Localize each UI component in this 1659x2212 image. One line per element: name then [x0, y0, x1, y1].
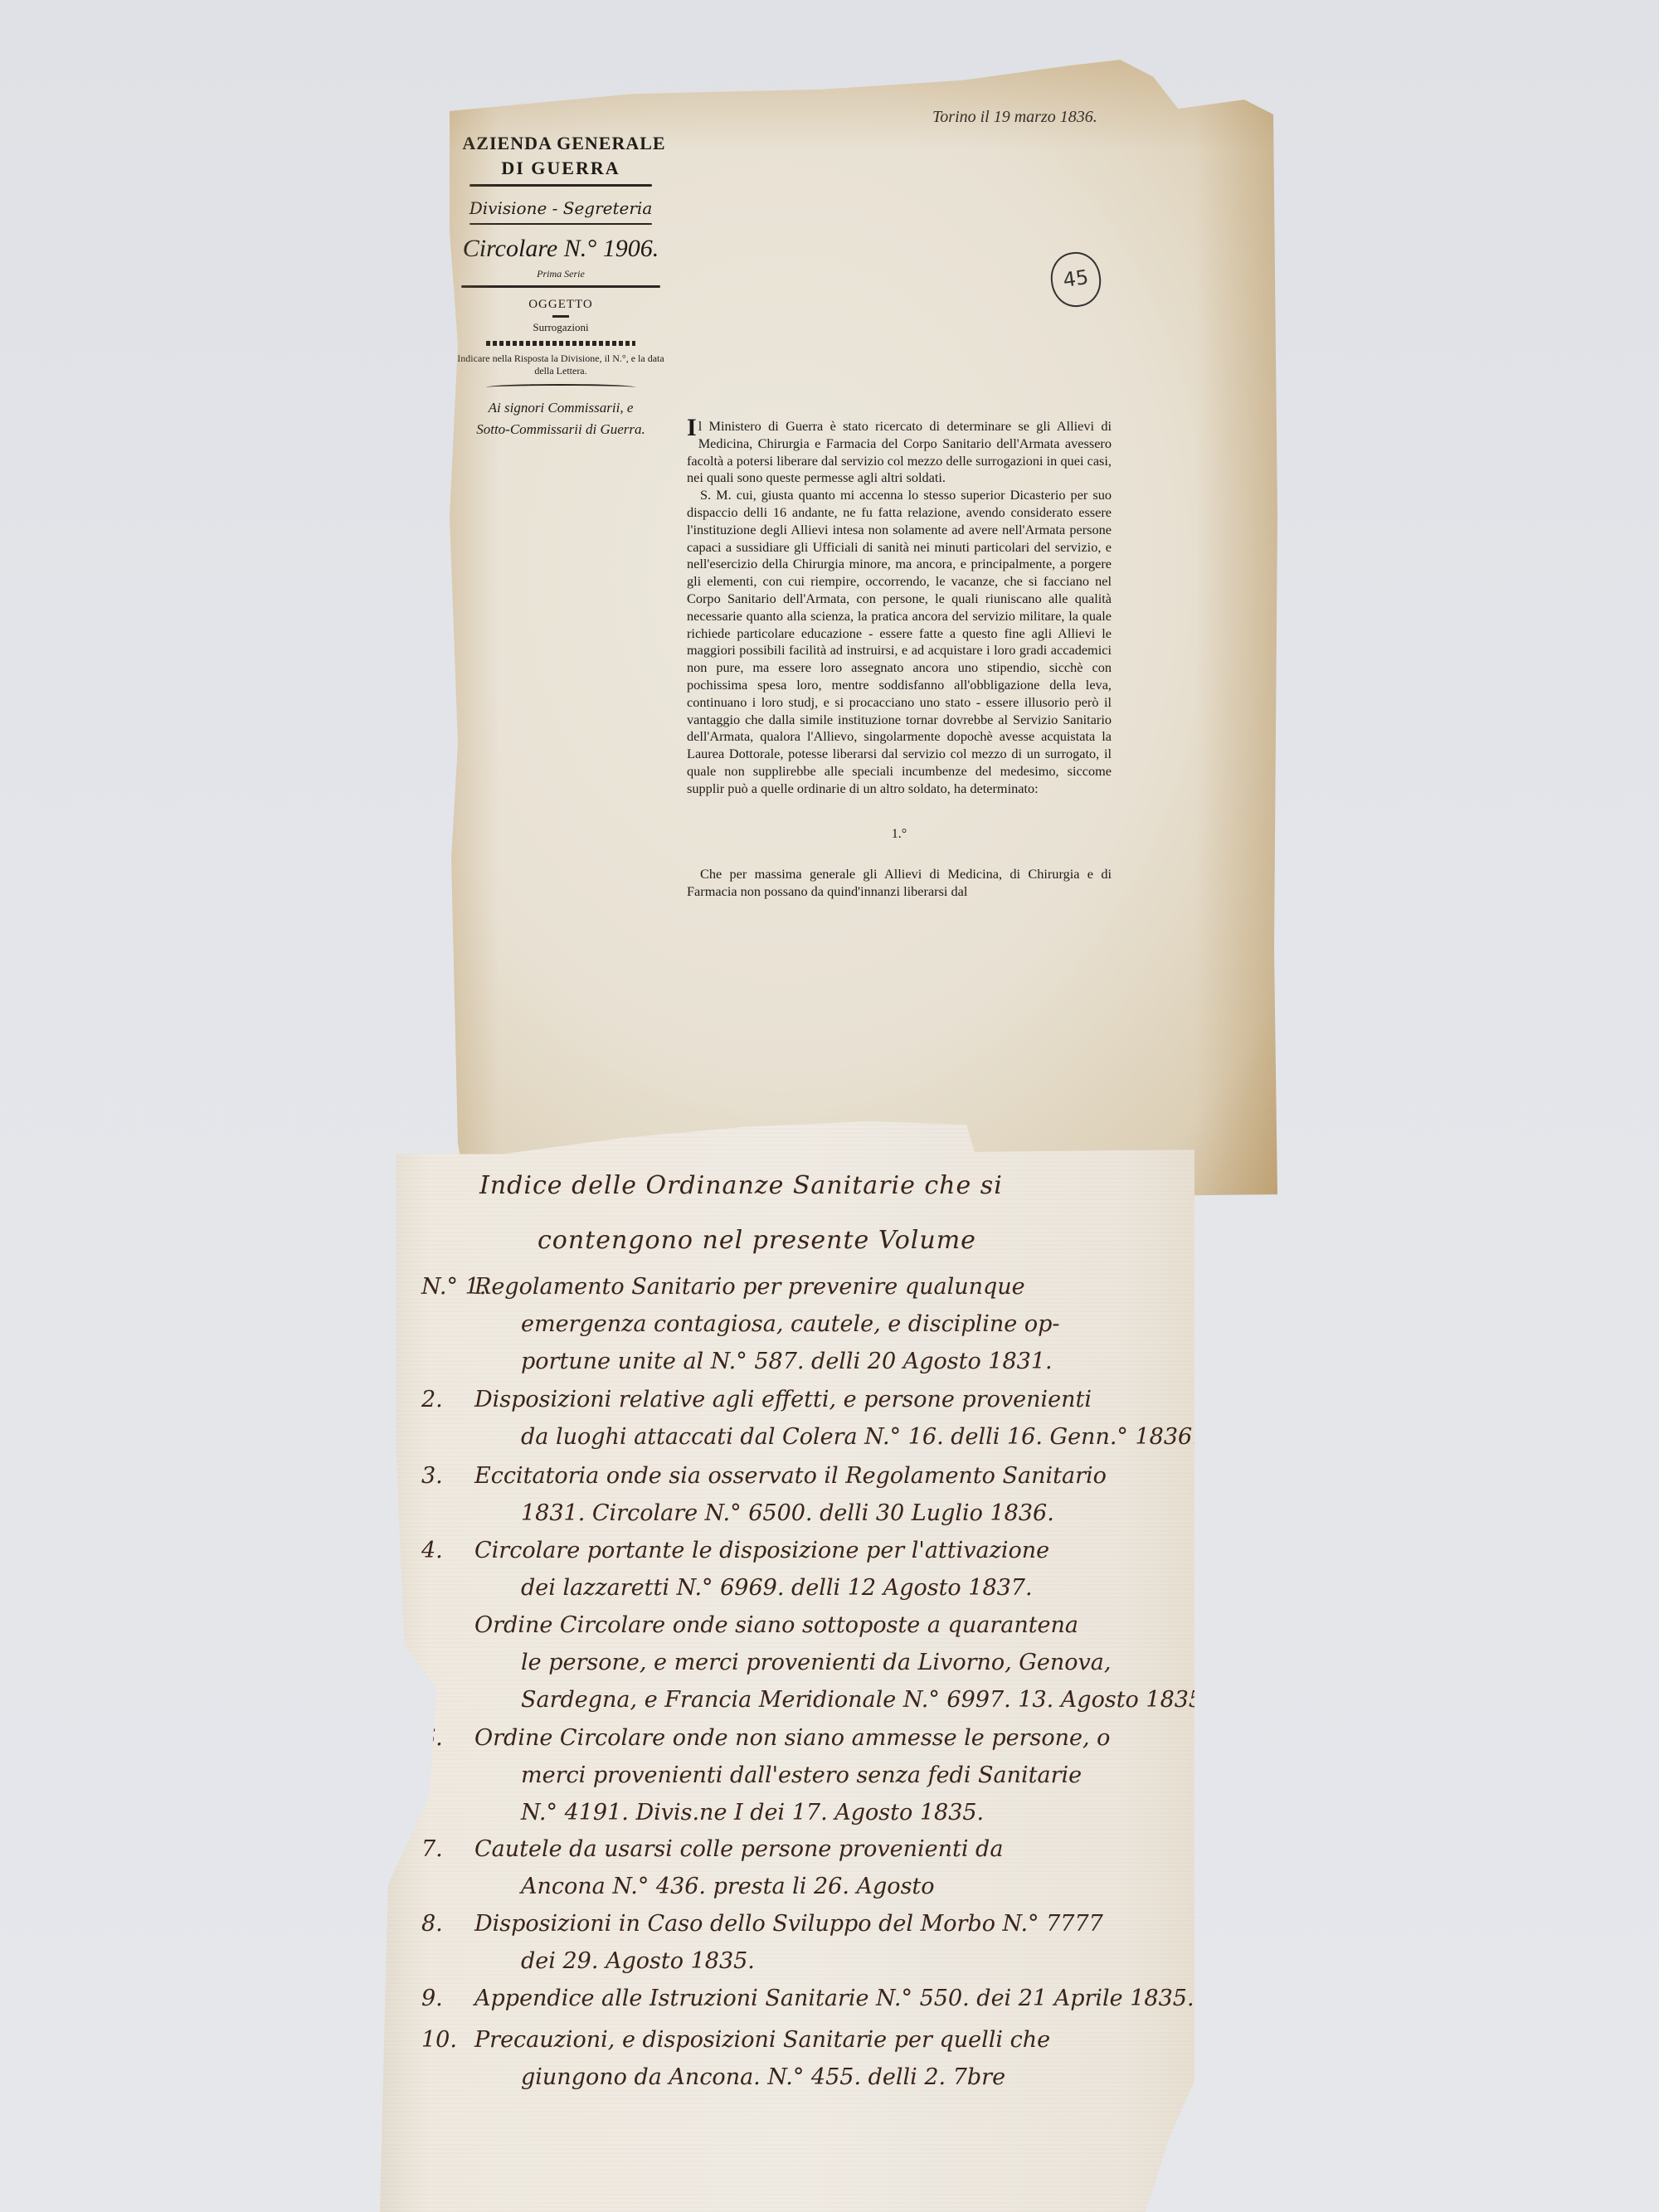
- entry-number: 4.: [421, 1538, 474, 1563]
- index-entry: 7.Cautele da usarsi colle persone proven…: [421, 1836, 1003, 1899]
- index-entry: 2.Disposizioni relative agli effetti, e …: [421, 1387, 1199, 1450]
- entry-number: 7.: [421, 1836, 474, 1862]
- entry-line: da luoghi attaccati dal Colera N.° 16. d…: [421, 1424, 1199, 1450]
- entry-number: 10.: [421, 2027, 474, 2053]
- index-entry: Ordine Circolare onde siano sottoposte a…: [421, 1612, 1210, 1713]
- drop-cap: I: [687, 418, 697, 438]
- addressees-line1: Ai signori Commissarii, e: [450, 397, 672, 419]
- reply-instructions: Indicare nella Risposta la Divisione, il…: [450, 352, 672, 377]
- ornamental-divider: [486, 341, 635, 346]
- letter-date: Torino il 19 marzo 1836.: [932, 108, 1097, 127]
- divider: [552, 315, 569, 318]
- index-entry: 3.Eccitatoria onde sia osservato il Rego…: [421, 1463, 1107, 1526]
- entry-line: Sardegna, e Francia Meridionale N.° 6997…: [421, 1687, 1210, 1713]
- entry-line: portune unite al N.° 587. delli 20 Agost…: [421, 1349, 1060, 1374]
- entry-number: 8.: [421, 1911, 474, 1937]
- subject-value: Surrogazioni: [450, 321, 672, 334]
- article-number: 1.°: [687, 826, 1112, 843]
- index-entry: 10.Precauzioni, e disposizioni Sanitarie…: [421, 2027, 1050, 2090]
- handwritten-content: Indice delle Ordinanze Sanitarie che si …: [380, 1121, 1194, 2212]
- divider: [469, 184, 652, 187]
- entry-number: 2.: [421, 1387, 474, 1412]
- subject-label: OGGETTO: [450, 298, 672, 312]
- ornamental-brace: [486, 384, 635, 391]
- entry-line: Cautele da usarsi colle persone provenie…: [474, 1836, 1003, 1862]
- paragraph-2: S. M. cui, giusta quanto mi accenna lo s…: [687, 487, 1112, 797]
- index-entry: 4.Circolare portante le disposizione per…: [421, 1538, 1049, 1601]
- entry-line: Ordine Circolare onde non siano ammesse …: [474, 1725, 1110, 1751]
- entry-line: Appendice alle Istruzioni Sanitarie N.° …: [474, 1986, 1194, 2011]
- divider: [461, 285, 660, 288]
- circular-number: Circolare N.° 1906.: [450, 235, 672, 263]
- index-entry: 8.Disposizioni in Caso dello Sviluppo de…: [421, 1911, 1103, 1974]
- index-entry: N.° 1.Regolamento Sanitario per prevenir…: [421, 1274, 1060, 1374]
- paragraph-1: Il Ministero di Guerra è stato ricercato…: [687, 418, 1112, 487]
- letterhead: AZIENDA GENERALE DI GUERRA Divisione - S…: [450, 133, 672, 440]
- entry-line: giungono da Ancona. N.° 455. delli 2. 7b…: [421, 2064, 1050, 2090]
- divider: [469, 223, 652, 225]
- entry-line: dei lazzaretti N.° 6969. delli 12 Agosto…: [421, 1575, 1049, 1601]
- entry-line: Eccitatoria onde sia osservato il Regola…: [474, 1463, 1107, 1489]
- entry-line: dei 29. Agosto 1835.: [421, 1948, 1103, 1974]
- entry-line: Regolamento Sanitario per prevenire qual…: [474, 1274, 1025, 1300]
- entry-line: Disposizioni relative agli effetti, e pe…: [474, 1387, 1092, 1412]
- division-label: Divisione - Segreteria: [450, 198, 672, 218]
- entry-line: 1831. Circolare N.° 6500. delli 30 Lugli…: [421, 1500, 1107, 1526]
- series-label: Prima Serie: [450, 268, 672, 280]
- index-entry: 9.Appendice alle Istruzioni Sanitarie N.…: [421, 1986, 1194, 2011]
- entry-number: 3.: [421, 1463, 474, 1489]
- entry-line: Circolare portante le disposizione per l…: [474, 1538, 1049, 1563]
- paragraph-1-text: l Ministero di Guerra è stato ricercato …: [687, 418, 1112, 485]
- agency-name-line2: DI GUERRA: [450, 158, 672, 179]
- entry-line: Precauzioni, e disposizioni Sanitarie pe…: [474, 2027, 1050, 2053]
- agency-name-line1: AZIENDA GENERALE: [456, 133, 672, 154]
- index-title-line2: contengono nel presente Volume: [538, 1226, 976, 1255]
- addressees-line2: Sotto-Commissarii di Guerra.: [450, 419, 672, 440]
- entry-line: N.° 4191. Divis.ne I dei 17. Agosto 1835…: [421, 1800, 1110, 1826]
- entry-number: 6.: [421, 1725, 474, 1751]
- entry-line: merci provenienti dall'estero senza fedi…: [421, 1762, 1110, 1788]
- printed-circular-sheet: AZIENDA GENERALE DI GUERRA Divisione - S…: [450, 60, 1277, 1200]
- entry-line: Ancona N.° 436. presta li 26. Agosto: [421, 1874, 1003, 1899]
- handwritten-index-sheet: Indice delle Ordinanze Sanitarie che si …: [380, 1121, 1194, 2212]
- entry-number: N.° 1.: [421, 1274, 474, 1300]
- entry-line: Disposizioni in Caso dello Sviluppo del …: [474, 1911, 1103, 1937]
- entry-line: le persone, e merci provenienti da Livor…: [421, 1650, 1210, 1675]
- entry-number: 9.: [421, 1986, 474, 2011]
- entry-line: emergenza contagiosa, cautele, e discipl…: [421, 1311, 1060, 1337]
- index-entry: 6.Ordine Circolare onde non siano ammess…: [421, 1725, 1110, 1826]
- paragraph-3: Che per massima generale gli Allievi di …: [687, 866, 1112, 901]
- circular-body: Il Ministero di Guerra è stato ricercato…: [687, 418, 1112, 901]
- entry-line: Ordine Circolare onde siano sottoposte a…: [474, 1612, 1078, 1638]
- index-title-line1: Indice delle Ordinanze Sanitarie che si: [479, 1171, 1003, 1200]
- archive-number-mark: 45: [1048, 249, 1105, 310]
